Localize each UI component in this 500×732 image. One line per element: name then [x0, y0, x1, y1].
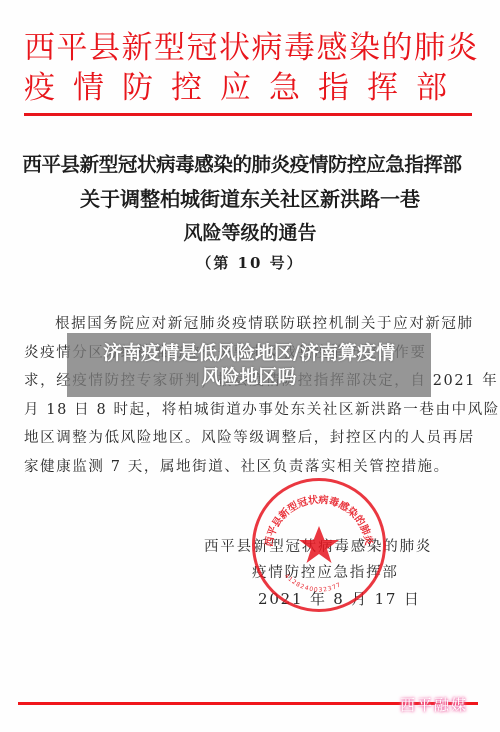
notice-title-line: 西平县新型冠状病毒感染的肺炎疫情防控应急指挥部 — [22, 149, 462, 177]
body-line: 地区调整为低风险地区。风险等级调整后，封控区内的人员再居 — [24, 424, 476, 453]
source-watermark: 西平融媒 — [400, 694, 468, 715]
letterhead-divider — [24, 113, 472, 116]
svg-text:4128240032377: 4128240032377 — [283, 573, 343, 594]
body-line: 家健康监测 7 天，属地街道、社区负责落实相关管控措施。 — [24, 453, 476, 482]
notice-title-line: 风险等级的通告 — [0, 218, 500, 245]
body-line: 月 18 日 8 时起，将柏城街道办事处东关社区新洪路一巷由中风险 — [24, 396, 476, 425]
seal-star-icon: 西平县新型冠状病毒感染的肺炎疫情防控应急指挥部 4128240032377 — [252, 478, 386, 612]
notice-title-line: 关于调整柏城街道东关社区新洪路一巷 — [50, 183, 450, 212]
seal-serial: 4128240032377 — [283, 573, 343, 594]
caption-line: 济南疫情是低风险地区/济南算疫情 — [67, 341, 431, 365]
document-number: （第 10 号） — [0, 252, 500, 273]
caption-overlay: 济南疫情是低风险地区/济南算疫情 风险地区吗 — [67, 333, 431, 397]
seal-arc-text: 西平县新型冠状病毒感染的肺炎疫情防控应急指挥部 — [252, 478, 376, 548]
caption-line: 风险地区吗 — [67, 365, 431, 389]
svg-text:西平县新型冠状病毒感染的肺炎疫情防控应急指挥部: 西平县新型冠状病毒感染的肺炎疫情防控应急指挥部 — [252, 478, 376, 548]
letterhead-subtitle: 疫情防控应急指挥部 — [24, 70, 476, 106]
letterhead-title: 西平县新型冠状病毒感染的肺炎 — [24, 30, 476, 66]
document-page: 西平县新型冠状病毒感染的肺炎 疫情防控应急指挥部 西平县新型冠状病毒感染的肺炎疫… — [0, 0, 500, 732]
official-seal-stamp: 西平县新型冠状病毒感染的肺炎疫情防控应急指挥部 4128240032377 — [252, 478, 386, 612]
